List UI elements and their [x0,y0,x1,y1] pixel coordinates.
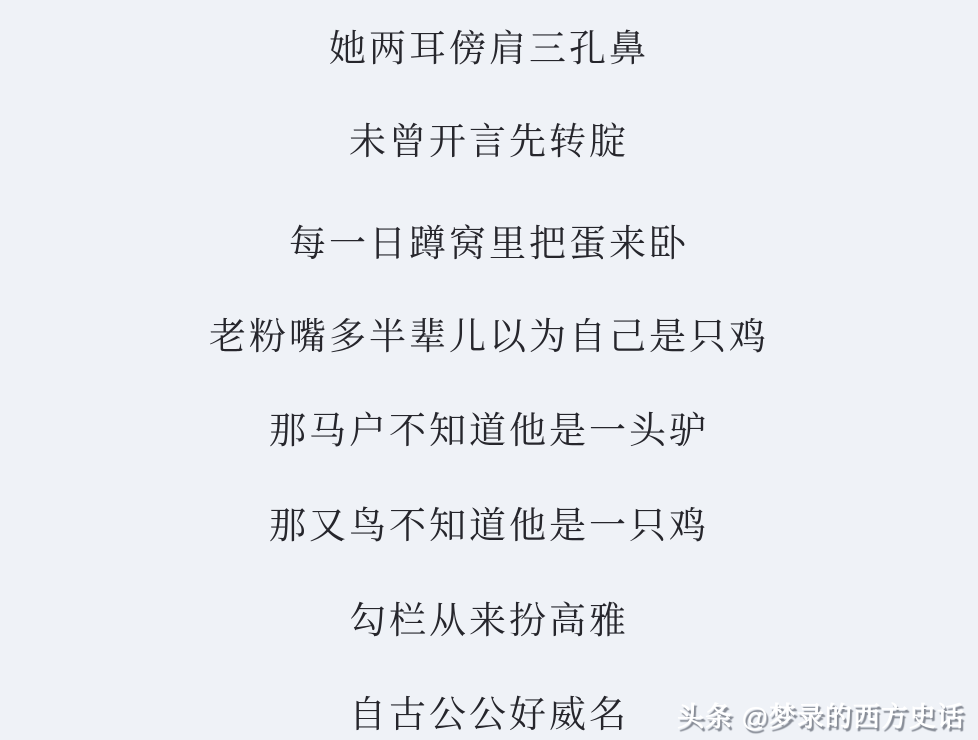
lyric-line: 她两耳傍肩三孔鼻 [0,18,978,72]
lyrics-stage: 她两耳傍肩三孔鼻 未曾开言先转腚 每一日蹲窝里把蛋来卧 老粉嘴多半辈儿以为自己是… [0,0,978,740]
lyric-line: 那马户不知道他是一头驴 [0,400,978,454]
lyric-line: 那又鸟不知道他是一只鸡 [0,495,978,549]
toutiao-watermark: 头条 @梦录的西方史话 [677,695,965,734]
lyric-line: 每一日蹲窝里把蛋来卧 [0,213,978,267]
lyric-line: 未曾开言先转腚 [0,111,978,165]
lyric-line: 勾栏从来扮高雅 [0,590,978,644]
lyric-line: 老粉嘴多半辈儿以为自己是只鸡 [0,306,978,360]
